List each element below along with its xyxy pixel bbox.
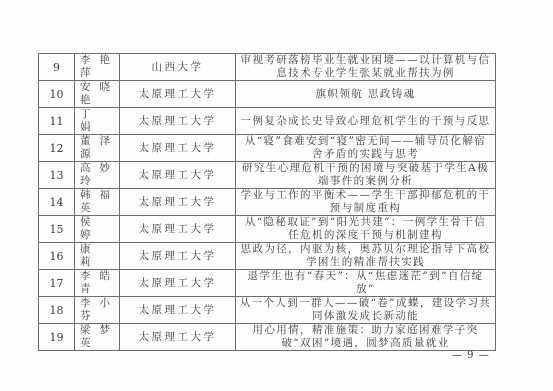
author-name: 韩福英 bbox=[75, 189, 120, 216]
university-name: 太原理工大学 bbox=[120, 297, 236, 324]
row-number: 10 bbox=[39, 81, 75, 108]
table-row: 19梁梦英太原理工大学用心用情，精准施策：助力家庭困难学子突破“双困”境遇，圆梦… bbox=[39, 324, 496, 351]
university-name: 太原理工大学 bbox=[120, 243, 236, 270]
row-number: 11 bbox=[39, 108, 75, 135]
row-number: 18 bbox=[39, 297, 75, 324]
row-number: 14 bbox=[39, 189, 75, 216]
university-name: 太原理工大学 bbox=[120, 162, 236, 189]
table-row: 16康 莉太原理工大学思政为径，内驱为核，奥苏贝尔理论指导下高校学困生的精准帮扶… bbox=[39, 243, 496, 270]
row-number: 12 bbox=[39, 135, 75, 162]
case-title: 一例复杂成长史导致心理危机学生的干预与反思 bbox=[236, 108, 496, 135]
table-row: 14韩福英太原理工大学学业与工作的平衡术——学生干部抑郁危机的干预与制度重构 bbox=[39, 189, 496, 216]
table-row: 13高妙玲太原理工大学研究生心理危机干预的困境与突破基于学生A极端事件的案例分析 bbox=[39, 162, 496, 189]
case-title: 研究生心理危机干预的困境与突破基于学生A极端事件的案例分析 bbox=[236, 162, 496, 189]
case-title: 退学生也有“春天”：从“焦虑迷茫”到“自信绽放” bbox=[236, 270, 496, 297]
case-title: 从一个人到一群人——破“卷”成蝶，建设学习共同体激发成长新动能 bbox=[236, 297, 496, 324]
author-name: 侯 婷 bbox=[75, 216, 120, 243]
table-row: 12董泽源太原理工大学从“寝”食难安到“寝”密无间——辅导员化解宿舍矛盾的实践与… bbox=[39, 135, 496, 162]
university-name: 太原理工大学 bbox=[120, 81, 236, 108]
university-name: 太原理工大学 bbox=[120, 108, 236, 135]
case-title: 从“寝”食难安到“寝”密无间——辅导员化解宿舍矛盾的实践与思考 bbox=[236, 135, 496, 162]
university-name: 太原理工大学 bbox=[120, 135, 236, 162]
case-title: 从“隐秘取证”到“阳光共建”：一例学生骨干信任危机的深度干预与机制建构 bbox=[236, 216, 496, 243]
table-row: 17李皓青太原理工大学退学生也有“春天”：从“焦虑迷茫”到“自信绽放” bbox=[39, 270, 496, 297]
case-title: 旗帜领航 思政铸魂 bbox=[236, 81, 496, 108]
table-row: 9李艳萍山西大学审视考研落榜毕业生就业困境——以计算机与信息技术专业学生张某就业… bbox=[39, 54, 496, 81]
author-name: 李皓青 bbox=[75, 270, 120, 297]
author-name: 李小芬 bbox=[75, 297, 120, 324]
table-row: 11丁 娟太原理工大学一例复杂成长史导致心理危机学生的干预与反思 bbox=[39, 108, 496, 135]
row-number: 17 bbox=[39, 270, 75, 297]
author-name: 董泽源 bbox=[75, 135, 120, 162]
case-title: 学业与工作的平衡术——学生干部抑郁危机的干预与制度重构 bbox=[236, 189, 496, 216]
case-title: 审视考研落榜毕业生就业困境——以计算机与信息技术专业学生张某就业帮扶为例 bbox=[236, 54, 496, 81]
author-name: 康 莉 bbox=[75, 243, 120, 270]
university-name: 太原理工大学 bbox=[120, 216, 236, 243]
table-row: 18李小芬太原理工大学从一个人到一群人——破“卷”成蝶，建设学习共同体激发成长新… bbox=[39, 297, 496, 324]
university-name: 太原理工大学 bbox=[120, 270, 236, 297]
row-number: 13 bbox=[39, 162, 75, 189]
author-name: 丁 娟 bbox=[75, 108, 120, 135]
row-number: 19 bbox=[39, 324, 75, 351]
table-row: 15侯 婷太原理工大学从“隐秘取证”到“阳光共建”：一例学生骨干信任危机的深度干… bbox=[39, 216, 496, 243]
case-title: 用心用情，精准施策：助力家庭困难学子突破“双困”境遇，圆梦高质量就业 bbox=[236, 324, 496, 351]
university-name: 太原理工大学 bbox=[120, 189, 236, 216]
case-title: 思政为径，内驱为核，奥苏贝尔理论指导下高校学困生的精准帮扶实践 bbox=[236, 243, 496, 270]
author-name: 梁梦英 bbox=[75, 324, 120, 351]
awards-table: 9李艳萍山西大学审视考研落榜毕业生就业困境——以计算机与信息技术专业学生张某就业… bbox=[38, 53, 496, 351]
table-body: 9李艳萍山西大学审视考研落榜毕业生就业困境——以计算机与信息技术专业学生张某就业… bbox=[39, 54, 496, 351]
page-number: — 9 — bbox=[452, 350, 490, 361]
row-number: 15 bbox=[39, 216, 75, 243]
author-name: 安晓艳 bbox=[75, 81, 120, 108]
author-name: 高妙玲 bbox=[75, 162, 120, 189]
row-number: 16 bbox=[39, 243, 75, 270]
table-row: 10安晓艳太原理工大学旗帜领航 思政铸魂 bbox=[39, 81, 496, 108]
university-name: 太原理工大学 bbox=[120, 324, 236, 351]
university-name: 山西大学 bbox=[120, 54, 236, 81]
row-number: 9 bbox=[39, 54, 75, 81]
author-name: 李艳萍 bbox=[75, 54, 120, 81]
